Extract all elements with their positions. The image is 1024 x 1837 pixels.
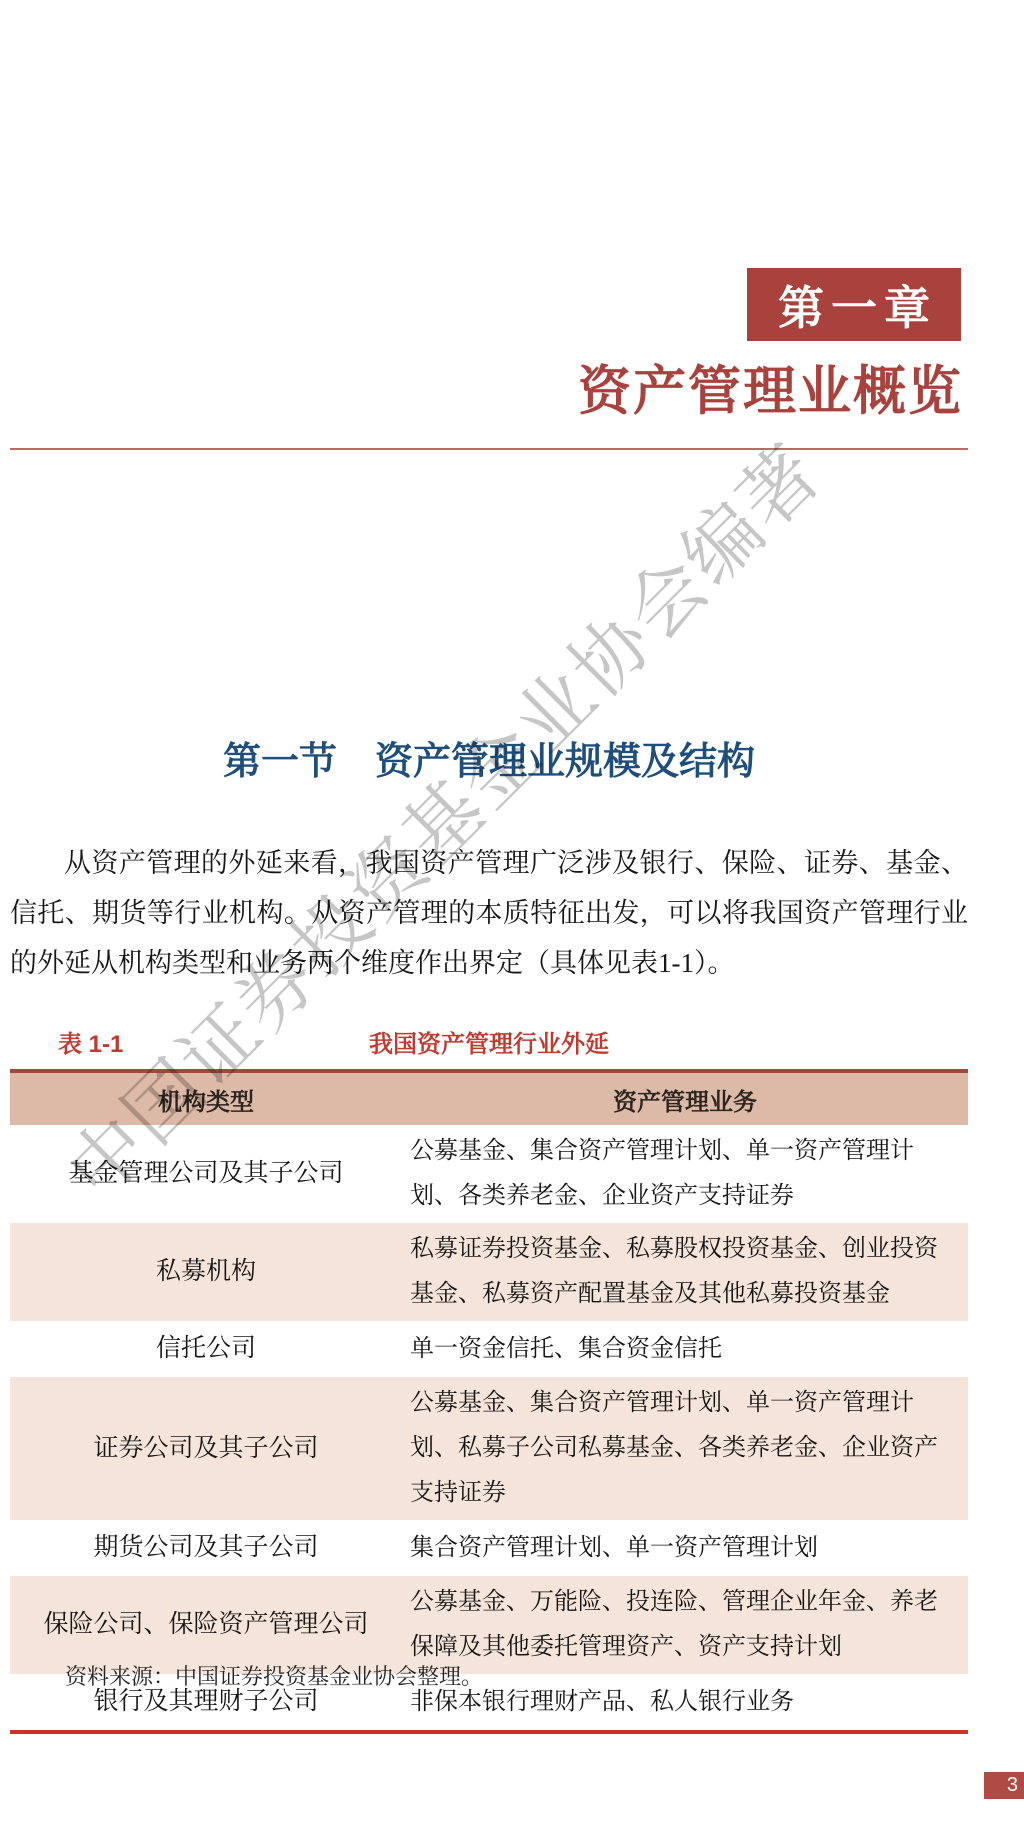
section-title: 资产管理业规模及结构 (375, 741, 755, 783)
cell-institution: 证券公司及其子公司 (10, 1377, 402, 1520)
industry-extension-table: 机构类型 资产管理业务 基金管理公司及其子公司 公募基金、集合资产管理计划、单一… (10, 1069, 968, 1734)
body-paragraph: 从资产管理的外延来看，我国资产管理广泛涉及银行、保险、证券、基金、信托、期货等行… (10, 838, 968, 988)
table-row: 基金管理公司及其子公司 公募基金、集合资产管理计划、单一资产管理计划、各类养老金… (10, 1125, 968, 1223)
cell-business: 公募基金、万能险、投连险、管理企业年金、养老保障及其他委托管理资产、资产支持计划 (402, 1576, 968, 1674)
table-caption-row: 表 1-1 我国资产管理行业外延 (10, 1024, 968, 1058)
table-label: 表 1-1 (58, 1024, 123, 1059)
chapter-title: 资产管理业概览 (578, 362, 963, 422)
cell-business: 集合资产管理计划、单一资产管理计划 (402, 1520, 968, 1576)
cell-business: 公募基金、集合资产管理计划、单一资产管理计划、私募子公司私募基金、各类养老金、企… (402, 1377, 968, 1520)
cell-business: 私募证券投资基金、私募股权投资基金、创业投资基金、私募资产配置基金及其他私募投资… (402, 1223, 968, 1321)
table-row: 信托公司 单一资金信托、集合资金信托 (10, 1321, 968, 1377)
section-heading: 第一节资产管理业规模及结构 (10, 738, 968, 786)
cell-institution: 私募机构 (10, 1223, 402, 1321)
cell-institution: 信托公司 (10, 1321, 402, 1377)
table-caption: 我国资产管理行业外延 (10, 1024, 968, 1059)
document-page: 中国证券投资基金业协会编著 第一章 资产管理业概览 第一节资产管理业规模及结构 … (0, 0, 1024, 1837)
source-note: 资料来源：中国证券投资基金业协会整理。 (65, 1660, 483, 1691)
table-row: 期货公司及其子公司 集合资产管理计划、单一资产管理计划 (10, 1520, 968, 1576)
table-header-row: 机构类型 资产管理业务 (10, 1073, 968, 1125)
cell-business: 公募基金、集合资产管理计划、单一资产管理计划、各类养老金、企业资产支持证券 (402, 1125, 968, 1223)
column-header-business: 资产管理业务 (402, 1073, 968, 1125)
column-header-institution: 机构类型 (10, 1073, 402, 1125)
table-row: 证券公司及其子公司 公募基金、集合资产管理计划、单一资产管理计划、私募子公司私募… (10, 1377, 968, 1520)
page-number-badge: 3 (984, 1772, 1024, 1799)
table-row: 私募机构 私募证券投资基金、私募股权投资基金、创业投资基金、私募资产配置基金及其… (10, 1223, 968, 1321)
cell-institution: 期货公司及其子公司 (10, 1520, 402, 1576)
cell-institution: 基金管理公司及其子公司 (10, 1125, 402, 1223)
section-number: 第一节 (223, 741, 337, 783)
chapter-banner: 第一章 (747, 268, 961, 341)
cell-business: 非保本银行理财产品、私人银行业务 (402, 1674, 968, 1730)
cell-business: 单一资金信托、集合资金信托 (402, 1321, 968, 1377)
title-divider (10, 448, 968, 450)
